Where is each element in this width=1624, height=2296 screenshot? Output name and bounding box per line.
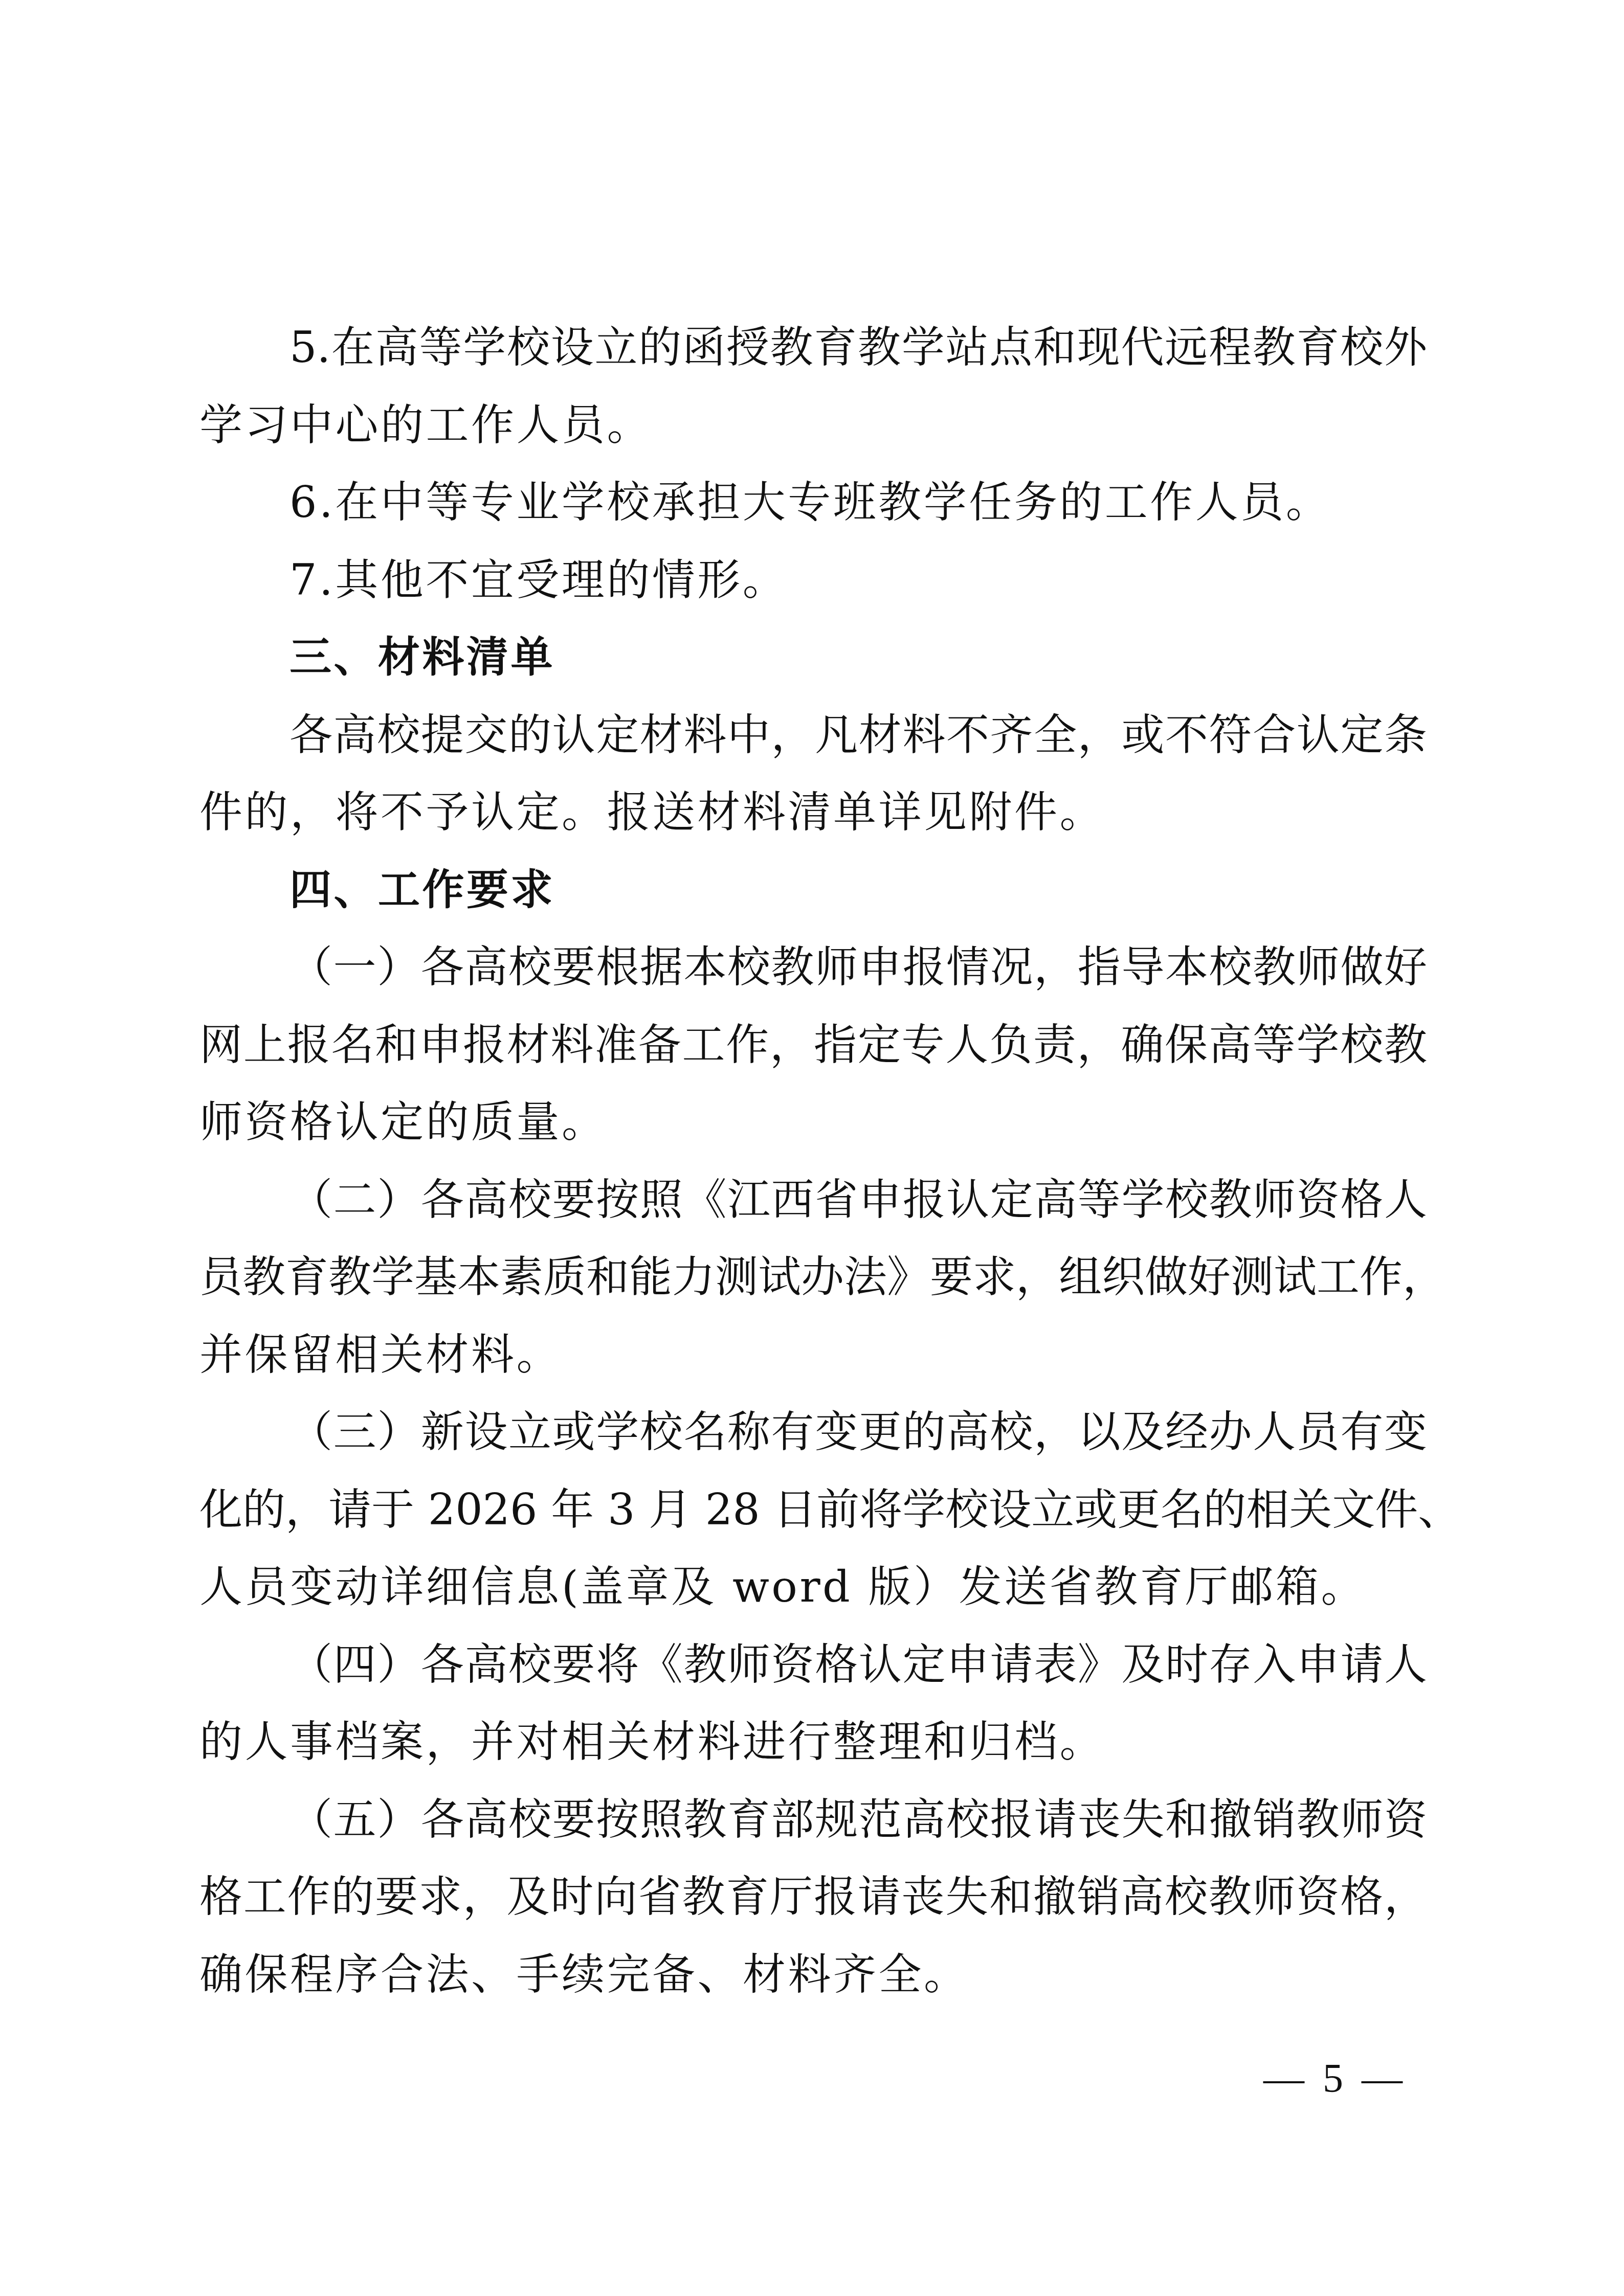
requirement-1-line-2: 网上报名和申报材料准备工作，指定专人负责，确保高等学校教 [199, 1006, 1427, 1084]
requirement-3-line-2: 化的，请于 2026 年 3 月 28 日前将学校设立或更名的相关文件、 [199, 1471, 1427, 1549]
list-item-6: 6.在中等专业学校承担大专班教学任务的工作人员。 [199, 464, 1427, 542]
requirement-2: （二）各高校要按照《江西省申报认定高等学校教师资格人 [199, 1161, 1427, 1239]
requirement-1-line-3: 师资格认定的质量。 [199, 1084, 1427, 1161]
list-item-5: 5.在高等学校设立的函授教育教学站点和现代远程教育校外 [199, 309, 1427, 387]
requirement-3: （三）新设立或学校名称有变更的高校，以及经办人员有变 [199, 1393, 1427, 1471]
section-heading-materials: 三、材料清单 [199, 619, 1427, 696]
requirement-2-line-2: 员教育教学基本素质和能力测试办法》要求，组织做好测试工作， [199, 1239, 1427, 1316]
list-item-7: 7.其他不宜受理的情形。 [199, 542, 1427, 619]
document-page: 5.在高等学校设立的函授教育教学站点和现代远程教育校外 学习中心的工作人员。 6… [0, 0, 1624, 2296]
requirement-1: （一）各高校要根据本校教师申报情况，指导本校教师做好 [199, 929, 1427, 1006]
list-item-5-continued: 学习中心的工作人员。 [199, 387, 1427, 464]
page-number: — 5 — [1263, 2056, 1407, 2102]
requirement-5: （五）各高校要按照教育部规范高校报请丧失和撤销教师资 [199, 1781, 1427, 1859]
requirement-5-line-3: 确保程序合法、手续完备、材料齐全。 [199, 1936, 1427, 2014]
requirement-5-line-2: 格工作的要求，及时向省教育厅报请丧失和撤销高校教师资格， [199, 1858, 1427, 1936]
requirement-4: （四）各高校要将《教师资格认定申请表》及时存入申请人 [199, 1626, 1427, 1704]
paragraph-materials-continued: 件的，将不予认定。报送材料清单详见附件。 [199, 774, 1427, 851]
requirement-2-line-3: 并保留相关材料。 [199, 1316, 1427, 1394]
section-heading-requirements: 四、工作要求 [199, 851, 1427, 929]
paragraph-materials: 各高校提交的认定材料中，凡材料不齐全，或不符合认定条 [199, 696, 1427, 774]
requirement-3-line-3: 人员变动详细信息(盖章及 word 版）发送省教育厅邮箱。 [199, 1548, 1427, 1626]
body-text: 5.在高等学校设立的函授教育教学站点和现代远程教育校外 学习中心的工作人员。 6… [199, 309, 1427, 2013]
requirement-4-line-2: 的人事档案，并对相关材料进行整理和归档。 [199, 1703, 1427, 1781]
